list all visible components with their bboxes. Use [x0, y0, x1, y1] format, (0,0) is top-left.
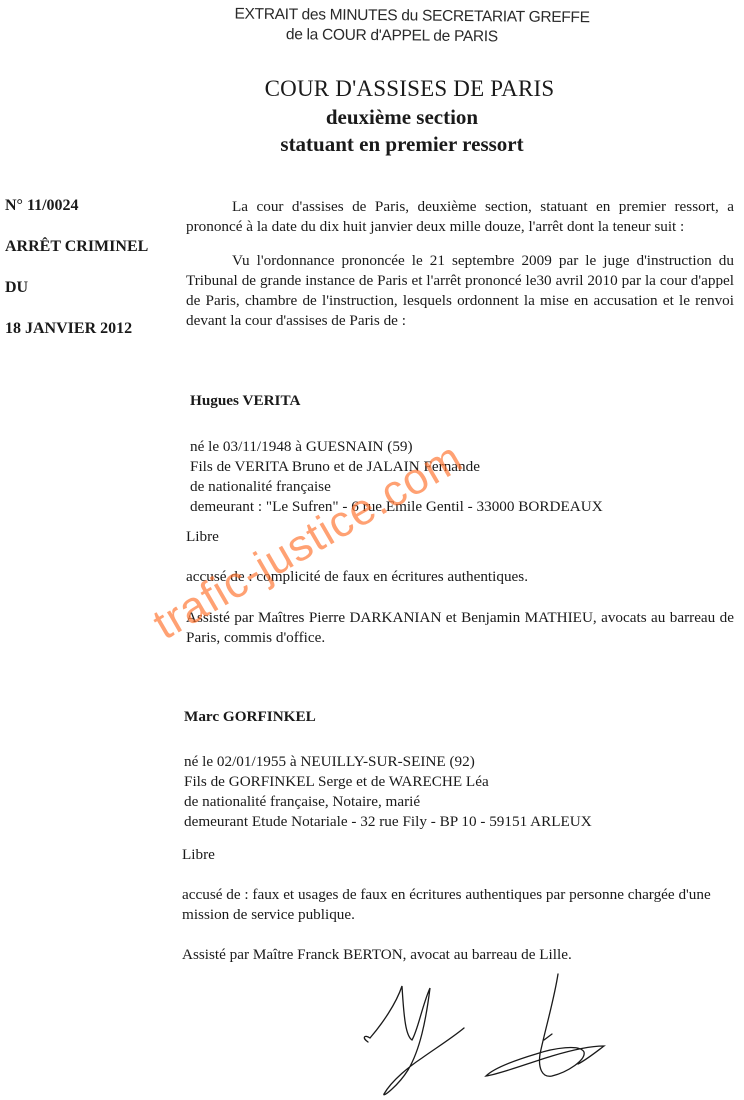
signatures: [340, 960, 640, 1100]
case-number: N° 11/0024: [5, 196, 148, 237]
address-info: demeurant Etude Notariale - 32 rue Fily …: [184, 812, 742, 832]
accused-identity: né le 03/11/1948 à GUESNAIN (59) Fils de…: [190, 437, 744, 517]
address-info: demeurant : "Le Sufren" - 6 rue Emile Ge…: [190, 497, 744, 517]
custody-status: Libre: [182, 845, 740, 865]
court-section: deuxième section: [0, 104, 744, 131]
document-title: COUR D'ASSISES DE PARIS deuxième section…: [0, 74, 744, 158]
parents-info: Fils de GORFINKEL Serge et de WARECHE Lé…: [184, 772, 742, 792]
accused-name: Marc GORFINKEL: [184, 707, 742, 727]
signature-1: [364, 986, 464, 1095]
signature-2: [486, 974, 604, 1076]
nationality-info: de nationalité française, Notaire, marié: [184, 792, 742, 812]
birth-info: né le 03/11/1948 à GUESNAIN (59): [190, 437, 744, 457]
charge: accusé de : complicité de faux en écritu…: [186, 567, 744, 587]
decision-date: 18 JANVIER 2012: [5, 319, 148, 360]
accused-name: Hugues VERITA: [190, 391, 744, 411]
intro-paragraph-1: La cour d'assises de Paris, deuxième sec…: [186, 197, 734, 237]
decision-type: ARRÊT CRIMINEL: [5, 237, 148, 278]
court-name: COUR D'ASSISES DE PARIS: [0, 74, 744, 104]
margin-reference: N° 11/0024 ARRÊT CRIMINEL DU 18 JANVIER …: [5, 196, 148, 360]
charge: accusé de : faux et usages de faux en éc…: [182, 885, 734, 925]
intro-paragraph-2: Vu l'ordonnance prononcée le 21 septembr…: [186, 251, 734, 331]
date-prefix: DU: [5, 278, 148, 319]
custody-status: Libre: [186, 527, 744, 547]
registry-stamp: EXTRAIT des MINUTES du SECRETARIAT GREFF…: [0, 2, 744, 50]
court-ressort: statuant en premier ressort: [0, 131, 744, 158]
birth-info: né le 02/01/1955 à NEUILLY-SUR-SEINE (92…: [184, 752, 742, 772]
counsel: Assisté par Maîtres Pierre DARKANIAN et …: [186, 608, 734, 648]
accused-identity: né le 02/01/1955 à NEUILLY-SUR-SEINE (92…: [184, 752, 742, 832]
nationality-info: de nationalité française: [190, 477, 744, 497]
parents-info: Fils de VERITA Bruno et de JALAIN Fernan…: [190, 457, 744, 477]
